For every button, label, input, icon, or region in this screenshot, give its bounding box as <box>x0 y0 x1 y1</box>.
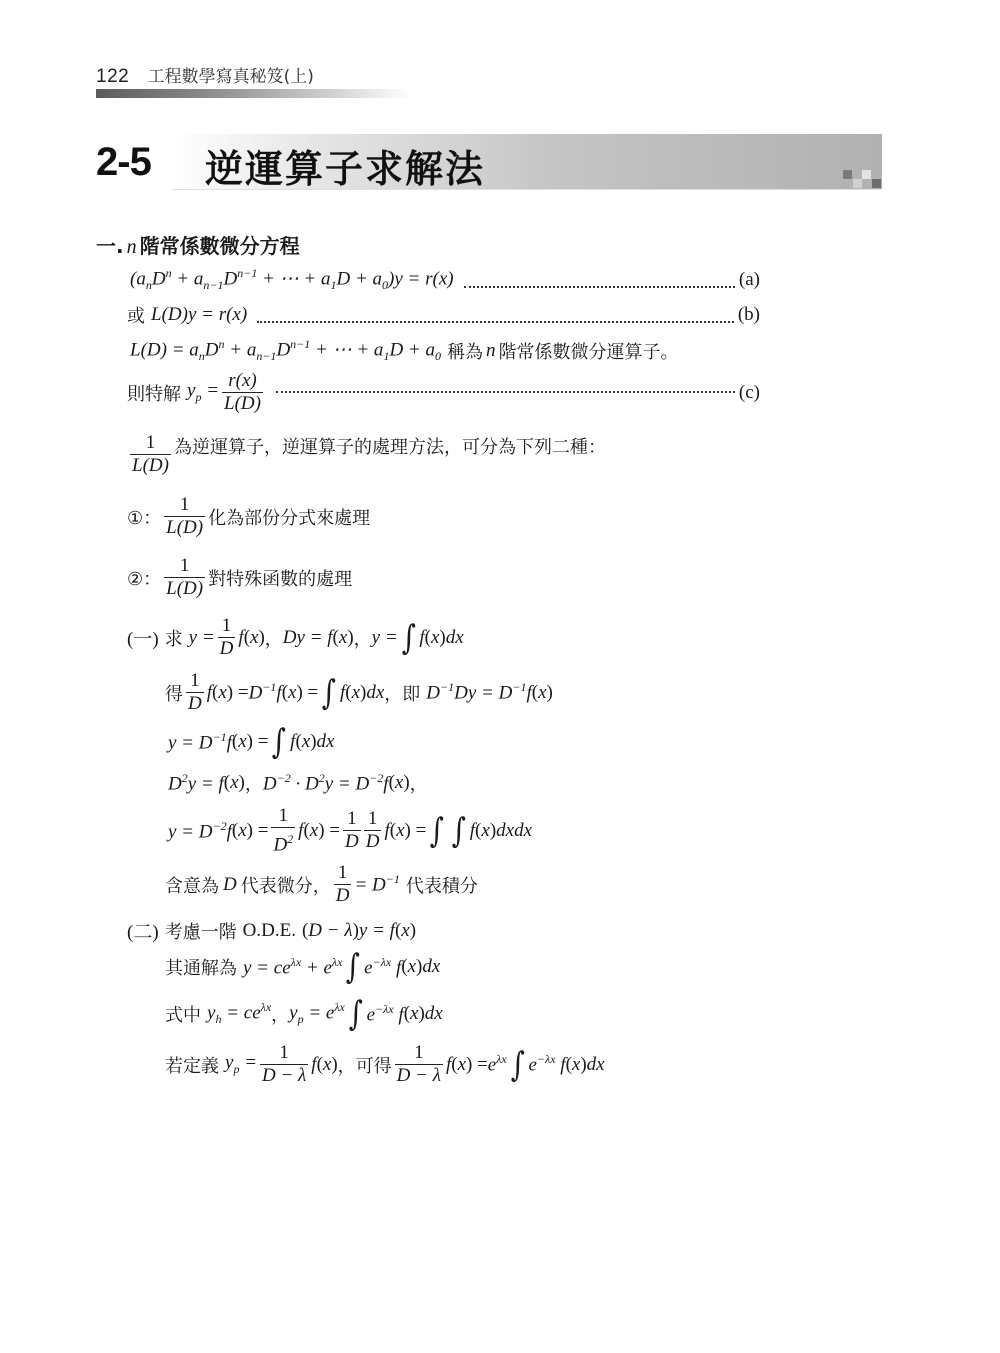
decor-square <box>872 179 881 188</box>
fraction: 1L(D) <box>130 432 171 477</box>
method-marker: ①： <box>127 504 161 530</box>
book-title: 工程數學寫真秘笈(上) <box>148 67 314 87</box>
inverse-intro: 1L(D) 為逆運算子，逆運算子的處理方法，可分為下列二種： <box>130 432 606 477</box>
word: ，可得 <box>338 1052 392 1078</box>
fraction: 1D − λ <box>260 1042 308 1087</box>
part1-line-5: y = D−2f(x) = 1D2 f(x) = 1D1D f(x) = ∫∫f… <box>168 805 532 856</box>
fraction: 1D <box>334 862 352 907</box>
part2-line-3: 式中 yh = ceλx， yp = eλx ∫e−λx f(x)dx <box>165 997 443 1031</box>
leader-dots <box>276 391 735 393</box>
running-header: 122 工程數學寫真秘笈(上) <box>96 62 314 88</box>
word: 求 <box>165 625 183 651</box>
method-marker: ②： <box>127 565 161 591</box>
part2-line-1: (二) 考慮一階 O.D.E. (D − λ)y = f(x) <box>127 917 416 944</box>
equation-a: (anDn + an−1Dn−1 + ⋯ + a1D + a0)y = r(x)… <box>130 266 760 293</box>
integral-sign: ∫ <box>346 950 360 984</box>
part2-line-4: 若定義 yp = 1D − λ f(x) ，可得 1D − λ f(x) = e… <box>165 1042 605 1087</box>
method-text: 化為部份分式來處理 <box>208 504 370 530</box>
equation-c-lhs: yp = <box>187 380 219 405</box>
word: 即 <box>402 680 420 706</box>
equation-b: 或 L(D)y = r(x) (b) <box>127 302 760 328</box>
subsection-title: 階常係數微分方程 <box>140 234 300 258</box>
leader-dots <box>257 321 734 323</box>
fraction: 1D − λ <box>395 1042 443 1087</box>
fraction: 1D <box>343 808 361 853</box>
part2-line-2: 其通解為 y = ceλx + eλx ∫e−λx f(x)dx <box>165 950 440 984</box>
operator-definition-expr: L(D) = anDn + an−1Dn−1 + ⋯ + a1D + a0 <box>130 337 441 364</box>
fraction: 1L(D) <box>164 555 205 600</box>
word: 式中 <box>165 1001 201 1027</box>
method-item: ①： 1L(D) 化為部份分式來處理 <box>127 494 370 539</box>
section-title: 逆運算子求解法 <box>205 138 485 193</box>
equation-a-expr: (anDn + an−1Dn−1 + ⋯ + a1D + a0)y = r(x) <box>130 266 454 293</box>
fraction: 1D2 <box>271 805 295 856</box>
definition-text: 稱為 <box>447 338 483 364</box>
word: O.D.E. <box>243 920 296 942</box>
part1-line-1: (一) 求 y = 1D f(x)， Dy = f(x)， y =∫f(x)dx <box>127 615 464 660</box>
part1-line-4: D2y = f(x)， D−2 · D2y = D−2f(x)， <box>168 770 428 796</box>
decor-square <box>862 170 871 179</box>
equation-c: 則特解 yp = r(x)L(D) (c) <box>127 370 760 415</box>
inverse-intro-text: 為逆運算子，逆運算子的處理方法，可分為下列二種： <box>174 433 606 459</box>
operator-definition: L(D) = anDn + an−1Dn−1 + ⋯ + a1D + a0 稱為… <box>130 337 678 364</box>
definition-var: n <box>486 340 496 362</box>
definition-text: 階常係數微分運算子。 <box>498 338 678 364</box>
integral-sign: ∫ <box>322 676 336 710</box>
word: 考慮一階 <box>165 918 237 944</box>
part1-line-6: 含意為 D 代表微分， 1D = D−1 代表積分 <box>165 862 478 907</box>
fraction: r(x)L(D) <box>222 370 263 415</box>
word: 若定義 <box>165 1052 219 1078</box>
subsection-prefix: 一. <box>96 234 124 258</box>
word: 其通解為 <box>165 954 237 980</box>
part-label: (一) <box>127 624 159 651</box>
integral-sign: ∫ <box>349 997 363 1031</box>
subsection-heading: 一.n階常係數微分方程 <box>96 230 300 259</box>
word: 得 <box>165 680 183 706</box>
equation-b-lead: 或 <box>127 302 145 328</box>
header-gradient-rule <box>96 89 411 98</box>
part1-line-2: 得 1D f(x) = D−1f(x) = ∫f(x)dx， 即 D−1Dy =… <box>165 670 553 715</box>
word: 代表積分 <box>406 872 478 898</box>
equation-c-lead: 則特解 <box>127 380 181 406</box>
decor-square <box>843 170 852 179</box>
method-text: 對特殊函數的處理 <box>208 565 352 591</box>
equation-tag: (a) <box>739 269 760 291</box>
method-item: ②： 1L(D) 對特殊函數的處理 <box>127 555 352 600</box>
section-number: 2-5 <box>96 140 151 185</box>
integral-sign: ∫ <box>272 725 286 759</box>
fraction: 1D <box>364 808 382 853</box>
word: 代表微分 <box>241 872 313 898</box>
leader-dots <box>464 286 735 288</box>
equation-tag: (c) <box>739 382 760 404</box>
equation-tag: (b) <box>738 304 760 326</box>
fraction: 1D <box>186 670 204 715</box>
equation-b-expr: L(D)y = r(x) <box>151 304 247 326</box>
integral-sign: ∫ <box>401 621 415 655</box>
page-number: 122 <box>96 66 129 87</box>
integral-sign: ∫ <box>511 1048 525 1082</box>
part-label: (二) <box>127 917 159 944</box>
subsection-var: n <box>127 236 137 258</box>
integral-sign: ∫ <box>430 814 444 848</box>
decor-square <box>853 179 862 188</box>
fraction: 1L(D) <box>164 494 205 539</box>
integral-sign: ∫ <box>452 814 466 848</box>
word: 含意為 <box>165 872 219 898</box>
fraction: 1D <box>218 615 236 660</box>
part1-line-3: y = D−1f(x) = ∫f(x)dx <box>168 725 334 759</box>
